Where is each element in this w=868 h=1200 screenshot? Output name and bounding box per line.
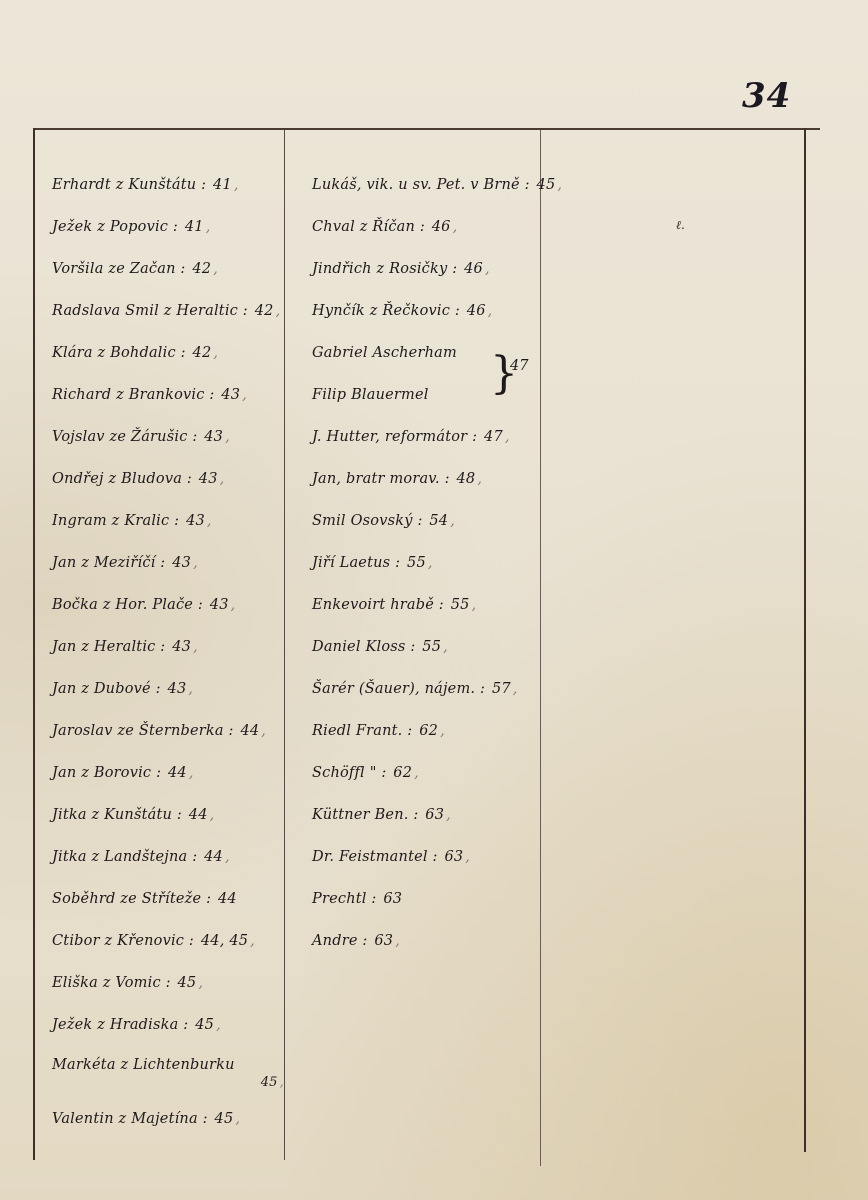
entry-separator: , — [505, 429, 510, 445]
entry-page: 54 — [429, 513, 448, 529]
ink-mark: ℓ. — [676, 218, 685, 233]
entry-name: Jan, bratr morav. — [312, 471, 440, 487]
index-entry: Bočka z Hor. Plače : 43, — [52, 584, 288, 626]
entry-separator: , — [440, 723, 445, 739]
entry-name: Filip Blauermel — [312, 387, 429, 403]
entry-name: Chval z Říčan — [312, 219, 415, 235]
entry-separator: , — [513, 681, 518, 697]
entry-separator: , — [193, 555, 198, 571]
entry-separator: , — [488, 303, 493, 319]
index-entry: Prechtl : 63 — [312, 878, 540, 920]
entry-page: 44 — [168, 765, 187, 781]
entry-name: Erhardt z Kunštátu — [52, 177, 196, 193]
entry-separator: , — [428, 555, 433, 571]
entry-separator: , — [234, 177, 239, 193]
index-entry: Klára z Bohdalic : 42, — [52, 332, 288, 374]
index-entry: Markéta z Lichtenburku45, — [52, 1046, 288, 1098]
group-page: 47 — [510, 358, 528, 374]
entry-page: 63 — [374, 933, 393, 949]
entry-separator: , — [250, 933, 255, 949]
entry-page: 44 — [240, 723, 259, 739]
entry-page: 46 — [467, 303, 486, 319]
entry-name: Dr. Feistmantel — [312, 849, 428, 865]
entry-separator: , — [210, 807, 215, 823]
entry-name: Hynčík z Řečkovic — [312, 303, 450, 319]
entry-page: 45 — [195, 1017, 214, 1033]
index-entry: Jitka z Landštejna : 44, — [52, 836, 288, 878]
curly-bracket-icon: } — [490, 344, 518, 404]
entry-page: 62 — [393, 765, 412, 781]
index-entry: Daniel Kloss : 55, — [312, 626, 540, 668]
entry-page: 42 — [255, 303, 274, 319]
entry-name: Gabriel Ascherham — [312, 345, 457, 361]
entry-name: Ježek z Popovic — [52, 219, 168, 235]
entry-name: Voršila ze Začan — [52, 261, 176, 277]
entry-page: 43 — [210, 597, 229, 613]
index-entry: Lukáš, vik. u sv. Pet. v Brně : 45, — [312, 164, 540, 206]
entry-separator: , — [261, 723, 266, 739]
entry-name: Andre — [312, 933, 358, 949]
column-divider-right — [540, 130, 541, 1166]
entry-name: Enkevoirt hrabě — [312, 597, 434, 613]
entry-name: Jitka z Kunštátu — [52, 807, 172, 823]
entry-name: Ondřej z Bludova — [52, 471, 182, 487]
entry-separator: , — [446, 807, 451, 823]
index-entry: Jan z Borovic : 44, — [52, 752, 288, 794]
entry-name: Jan z Borovic — [52, 765, 151, 781]
index-entry: Jitka z Kunštátu : 44, — [52, 794, 288, 836]
entry-page: 41 — [213, 177, 232, 193]
page-number: 34 — [742, 76, 791, 116]
entry-name: Radslava Smil z Heraltic — [52, 303, 238, 319]
entry-name: J. Hutter, reformátor — [312, 429, 467, 445]
entry-separator: , — [450, 513, 455, 529]
entry-page: 46 — [464, 261, 483, 277]
entry-page: 48 — [457, 471, 476, 487]
entry-name: Markéta z Lichtenburku — [52, 1057, 235, 1073]
entry-name: Vojslav ze Žárušic — [52, 429, 188, 445]
index-entry: Riedl Frant. : 62, — [312, 710, 540, 752]
entry-name: Klára z Bohdalic — [52, 345, 176, 361]
index-column-left: Erhardt z Kunštátu : 41, Ježek z Popovic… — [52, 164, 288, 1140]
index-entry: Chval z Říčan : 46, — [312, 206, 540, 248]
entry-separator: , — [213, 261, 218, 277]
entry-name: Soběhrd ze Stříteže — [52, 891, 201, 907]
entry-page: 45 — [178, 975, 197, 991]
entry-page: 43 — [168, 681, 187, 697]
index-column-middle: Lukáš, vik. u sv. Pet. v Brně : 45, Chva… — [312, 164, 540, 962]
index-entry: Jan z Dubové : 43, — [52, 668, 288, 710]
entry-separator: , — [485, 261, 490, 277]
entry-name: Prechtl — [312, 891, 367, 907]
entry-page: 62 — [419, 723, 438, 739]
entry-page: 43 — [186, 513, 205, 529]
entry-page: 63 — [444, 849, 463, 865]
entry-name: Schöffl " — [312, 765, 377, 781]
entry-separator: , — [472, 597, 477, 613]
entry-separator: , — [465, 849, 470, 865]
index-entry: Ctibor z Křenovic : 44, 45, — [52, 920, 288, 962]
entry-separator: , — [225, 849, 230, 865]
entry-page: 43 — [221, 387, 240, 403]
index-entry: Eliška z Vomic : 45, — [52, 962, 288, 1004]
entry-page: 42 — [192, 261, 211, 277]
entry-name: Smil Osovský — [312, 513, 413, 529]
entry-separator: , — [235, 1111, 240, 1127]
entry-page: 55 — [451, 597, 470, 613]
manuscript-page: 34 Erhardt z Kunštátu : 41, Ježek z Popo… — [0, 0, 868, 1200]
entry-separator: , — [216, 1017, 221, 1033]
entry-separator: , — [414, 765, 419, 781]
entry-name: Jitka z Landštejna — [52, 849, 187, 865]
index-entry: Šarér (Šauer), nájem. : 57, — [312, 668, 540, 710]
entry-name: Ctibor z Křenovic — [52, 933, 184, 949]
entry-name: Valentin z Majetína — [52, 1111, 198, 1127]
entry-separator: , — [557, 177, 562, 193]
bracketed-entry-group: Gabriel Ascherham Filip Blauermel } 47 — [312, 332, 540, 416]
entry-separator: , — [193, 639, 198, 655]
entry-name: Jindřich z Rosičky — [312, 261, 447, 277]
index-entry: Soběhrd ze Stříteže : 44 — [52, 878, 288, 920]
index-entry: Jan z Meziříčí : 43, — [52, 542, 288, 584]
entry-name: Jan z Heraltic — [52, 639, 155, 655]
entry-name: Riedl Frant. — [312, 723, 402, 739]
index-entry: Ježek z Hradiska : 45, — [52, 1004, 288, 1046]
entry-name: Küttner Ben. — [312, 807, 409, 823]
entry-separator: , — [198, 975, 203, 991]
entry-separator: , — [443, 639, 448, 655]
entry-page: 55 — [407, 555, 426, 571]
index-entry: Jan z Heraltic : 43, — [52, 626, 288, 668]
entry-page: 44, 45 — [201, 933, 248, 949]
entry-separator: , — [207, 513, 212, 529]
entry-page: 44 — [189, 807, 208, 823]
index-entry: Ondřej z Bludova : 43, — [52, 458, 288, 500]
entry-page: 55 — [422, 639, 441, 655]
entry-name: Daniel Kloss — [312, 639, 406, 655]
entry-separator: , — [220, 471, 225, 487]
index-entry: Radslava Smil z Heraltic : 42, — [52, 290, 288, 332]
table-right-rule — [804, 128, 806, 1152]
entry-page: 45 — [537, 177, 556, 193]
index-entry: Smil Osovský : 54, — [312, 500, 540, 542]
entry-page: 63 — [383, 891, 402, 907]
index-entry: Jan, bratr morav. : 48, — [312, 458, 540, 500]
entry-name: Lukáš, vik. u sv. Pet. v Brně — [312, 177, 520, 193]
entry-separator: , — [395, 933, 400, 949]
entry-page: 46 — [432, 219, 451, 235]
entry-page: 43 — [172, 639, 191, 655]
entry-separator: , — [477, 471, 482, 487]
entry-page: 57 — [492, 681, 511, 697]
index-entry: Richard z Brankovic : 43, — [52, 374, 288, 416]
index-entry: Hynčík z Řečkovic : 46, — [312, 290, 540, 332]
index-entry: Voršila ze Začan : 42, — [52, 248, 288, 290]
index-entry: Ježek z Popovic : 41, — [52, 206, 288, 248]
entry-page: 47 — [484, 429, 503, 445]
index-entry: Ingram z Kralic : 43, — [52, 500, 288, 542]
entry-separator: , — [188, 681, 193, 697]
entry-page: 43 — [172, 555, 191, 571]
index-entry: Jiří Laetus : 55, — [312, 542, 540, 584]
entry-separator: , — [225, 429, 230, 445]
entry-page: 42 — [193, 345, 212, 361]
entry-name: Jan z Dubové — [52, 681, 151, 697]
entry-page: 41 — [185, 219, 204, 235]
table-top-rule — [33, 128, 820, 130]
entry-separator: , — [280, 1075, 284, 1090]
entry-page-below: 45, — [52, 1074, 288, 1092]
index-entry: Andre : 63, — [312, 920, 540, 962]
entry-page: 44 — [218, 891, 237, 907]
index-entry: Vojslav ze Žárušic : 43, — [52, 416, 288, 458]
entry-name: Ježek z Hradiska — [52, 1017, 178, 1033]
entry-separator: , — [206, 219, 211, 235]
index-entry: Enkevoirt hrabě : 55, — [312, 584, 540, 626]
entry-name: Jaroslav ze Šternberka — [52, 723, 224, 739]
entry-name: Jan z Meziříčí — [52, 555, 156, 571]
entry-separator: , — [453, 219, 458, 235]
entry-separator: , — [213, 345, 218, 361]
entry-page: 44 — [204, 849, 223, 865]
entry-page: 63 — [425, 807, 444, 823]
index-entry: Jaroslav ze Šternberka : 44, — [52, 710, 288, 752]
entry-name: Šarér (Šauer), nájem. — [312, 681, 475, 697]
index-entry: J. Hutter, reformátor : 47, — [312, 416, 540, 458]
entry-name: Ingram z Kralic — [52, 513, 169, 529]
entry-name: Richard z Brankovic — [52, 387, 205, 403]
entry-name: Bočka z Hor. Plače — [52, 597, 193, 613]
entry-page: 45 — [215, 1111, 234, 1127]
entry-page: 43 — [204, 429, 223, 445]
entry-separator: , — [276, 303, 281, 319]
entry-separator: , — [242, 387, 247, 403]
index-entry: Schöffl " : 62, — [312, 752, 540, 794]
index-entry: Küttner Ben. : 63, — [312, 794, 540, 836]
entry-name: Eliška z Vomic — [52, 975, 161, 991]
entry-separator: , — [189, 765, 194, 781]
index-entry: Jindřich z Rosičky : 46, — [312, 248, 540, 290]
index-entry: Dr. Feistmantel : 63, — [312, 836, 540, 878]
index-entry: Erhardt z Kunštátu : 41, — [52, 164, 288, 206]
entry-separator: , — [231, 597, 236, 613]
index-entry: Valentin z Majetína : 45, — [52, 1098, 288, 1140]
entry-name: Jiří Laetus — [312, 555, 390, 571]
entry-page: 43 — [199, 471, 218, 487]
table-left-rule — [33, 128, 35, 1160]
entry-page: 45 — [261, 1075, 278, 1090]
